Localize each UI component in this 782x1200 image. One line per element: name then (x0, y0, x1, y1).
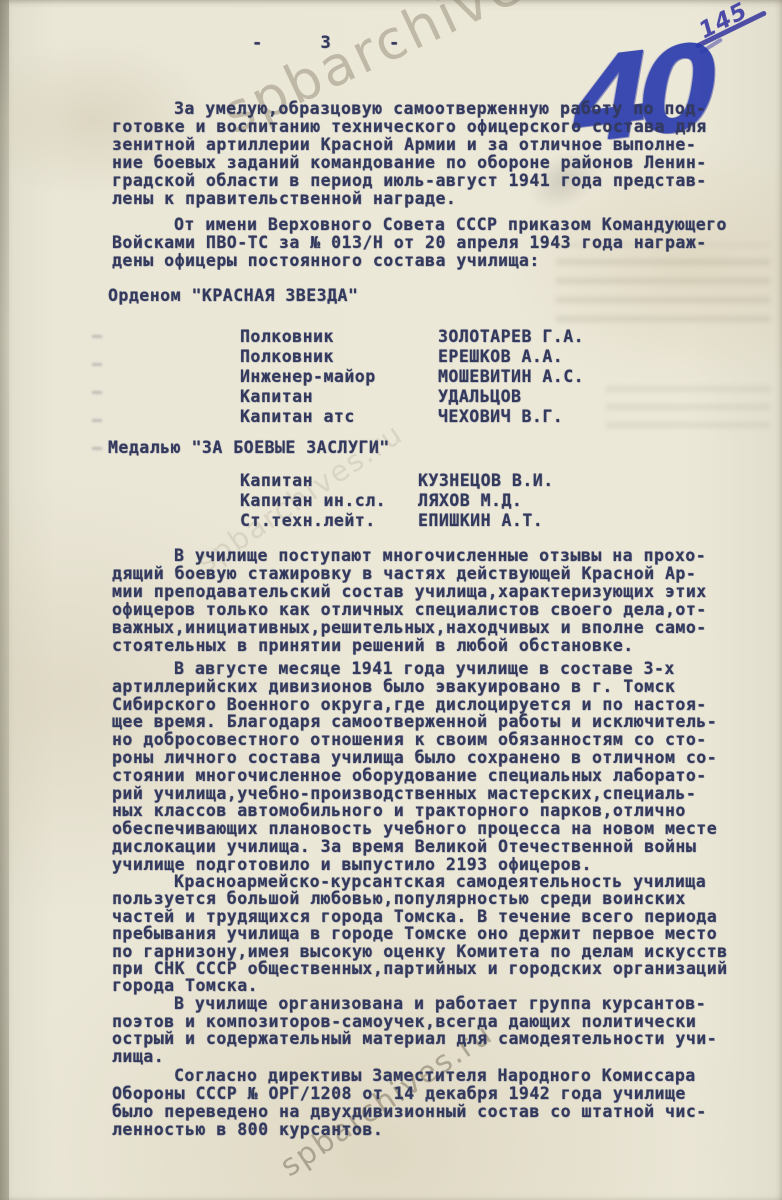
paragraph-award-commendation: За умелую,образцовую самоотверженную раб… (112, 100, 774, 208)
recipient-rank: Капитан (240, 471, 418, 490)
recipient-name: ЧЕХОВИЧ В.Г. (438, 407, 563, 426)
scanned-document-page: spbarchives.ru spbarchives.ru spbarchive… (0, 0, 782, 1200)
order-red-star-recipient-list: Полковник ЗОЛОТАРЕВ Г.А. Полковник ЕРЕШК… (240, 327, 584, 427)
recipient-row: Капитан атс ЧЕХОВИЧ В.Г. (240, 407, 584, 427)
medal-combat-merit-recipient-list: Капитан КУЗНЕЦОВ В.И. Капитан ин.сл. ЛЯХ… (240, 471, 554, 531)
recipient-row: Капитан УДАЛЬЦОВ (240, 387, 584, 407)
recipient-row: Ст.техн.лейт. ЕПИШКИН А.Т. (240, 511, 554, 531)
paragraph-cadet-poets: В училище организована и работает группа… (112, 995, 774, 1065)
heading-medal-combat-merit: Медалью "ЗА БОЕВЫЕ ЗАСЛУГИ" (108, 438, 390, 457)
recipient-row: Капитан ин.сл. ЛЯХОВ М.Д. (240, 491, 554, 511)
recipient-name: УДАЛЬЦОВ (438, 387, 521, 406)
recipient-row: Инженер-майор МОШЕВИТИН А.С. (240, 367, 584, 387)
scan-edge-shadow (0, 0, 9, 1200)
recipient-rank: Капитан атс (240, 407, 438, 426)
recipient-row: Полковник ЗОЛОТАРЕВ Г.А. (240, 327, 584, 347)
margin-specks (92, 330, 102, 450)
recipient-rank: Полковник (240, 347, 438, 366)
heading-order-red-star: Орденом "КРАСНАЯ ЗВЕЗДА" (108, 286, 358, 305)
recipient-row: Полковник ЕРЕШКОВ А.А. (240, 347, 584, 367)
page-number: - 3 - (252, 33, 423, 53)
ink-bleedthrough-smudge (606, 376, 770, 428)
paragraph-amateur-activities: Красноармейско-курсантская самодеятельно… (112, 873, 774, 995)
paragraph-evacuation-tomsk: В августе месяце 1941 года училище в сос… (112, 660, 774, 874)
recipient-rank: Капитан ин.сл. (240, 491, 418, 510)
paragraph-decree-order: От имени Верховного Совета СССР приказом… (112, 216, 774, 270)
recipient-name: ЕРЕШКОВ А.А. (438, 347, 563, 366)
recipient-name: МОШЕВИТИН А.С. (438, 367, 584, 386)
recipient-rank: Ст.техн.лейт. (240, 511, 418, 530)
paragraph-directive-reorganization: Согласно директивы Заместителя Народного… (112, 1067, 774, 1139)
recipient-name: КУЗНЕЦОВ В.И. (418, 471, 554, 490)
paragraph-training-feedback: В училище поступают многочисленные отзыв… (112, 547, 774, 655)
recipient-name: ЕПИШКИН А.Т. (418, 511, 543, 530)
recipient-name: ЛЯХОВ М.Д. (418, 491, 522, 510)
recipient-row: Капитан КУЗНЕЦОВ В.И. (240, 471, 554, 491)
recipient-rank: Полковник (240, 327, 438, 346)
recipient-rank: Капитан (240, 387, 438, 406)
recipient-rank: Инженер-майор (240, 367, 438, 386)
recipient-name: ЗОЛОТАРЕВ Г.А. (438, 327, 584, 346)
